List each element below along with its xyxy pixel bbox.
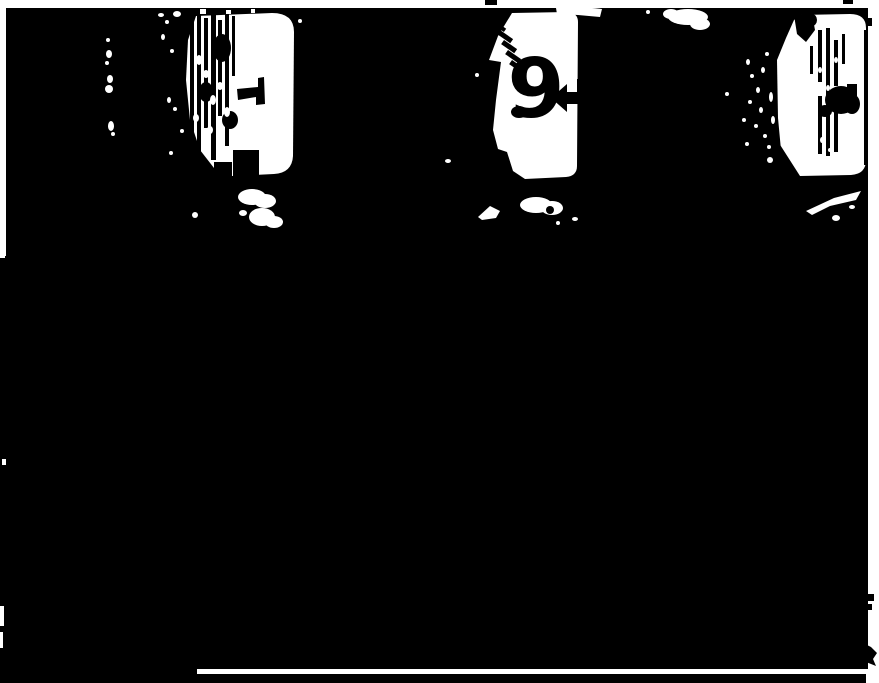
edge-speck [756, 87, 760, 93]
foliage-dot [165, 20, 169, 24]
edge-speck [754, 124, 758, 128]
speckle-dot [203, 70, 209, 78]
stray-speck [849, 205, 855, 209]
sign-right-blotch [807, 14, 817, 26]
stray-speck [298, 19, 302, 23]
sign-right-dark-blob [818, 105, 832, 117]
blob-hole [546, 206, 554, 214]
edge-speck [767, 157, 773, 163]
stray-speck [646, 10, 650, 14]
foliage-dot [226, 10, 231, 14]
right-margin-notch [868, 594, 874, 601]
edge-speck [742, 118, 746, 122]
dot-column-speck [108, 121, 114, 131]
photo-bottom-left-bleed [0, 660, 197, 683]
edge-speck [759, 107, 763, 113]
bottom-scan-bar [197, 674, 866, 683]
dot-column-speck [107, 75, 113, 83]
edge-speck [763, 134, 767, 138]
sign-left-bottom-notch [233, 150, 259, 176]
left-margin-dot [2, 459, 6, 465]
left-margin-tick [0, 252, 5, 258]
dot-column-speck [105, 85, 113, 93]
edge-speck [750, 74, 754, 78]
sign-left-blotch [213, 34, 231, 62]
stray-speck [173, 107, 177, 111]
top-gap-patch [663, 9, 679, 19]
binarized-photo: 9 [0, 0, 879, 683]
left-margin-sliver [0, 606, 4, 626]
stray-speck [445, 159, 451, 163]
dot-column-speck [106, 50, 112, 58]
stray-speck [169, 151, 173, 155]
below-sign-blob [239, 210, 247, 216]
edge-speck [748, 100, 752, 104]
top-margin-mark-2 [843, 0, 853, 4]
stray-speck [167, 97, 171, 103]
below-sign-blob [254, 194, 276, 208]
sign-right-streak [818, 96, 822, 154]
speckle-dot [224, 107, 230, 117]
speckle-dot [818, 67, 822, 73]
speckle-dot [826, 85, 830, 91]
edge-speck [761, 67, 765, 73]
digit-erosion-blotch [511, 106, 527, 118]
edge-speck [765, 52, 769, 56]
sign-right-dark-blob [844, 94, 860, 114]
speckle-dot [820, 137, 824, 143]
right-margin-notch-2 [868, 604, 872, 610]
stray-speck [180, 129, 184, 133]
edge-speck [725, 92, 729, 96]
foliage-dot [200, 9, 206, 14]
speckle-dot [210, 95, 216, 105]
sign-left-bottom-notch [214, 162, 232, 176]
foliage-dot [161, 34, 165, 40]
sign-left-streak [197, 14, 201, 154]
foliage-dot [173, 11, 181, 17]
edge-speck [767, 145, 771, 149]
below-sign-blob [192, 212, 198, 218]
stray-speck [475, 73, 479, 77]
foliage-dot [251, 9, 255, 13]
top-margin-mark [485, 0, 497, 5]
dot-column-speck [106, 38, 110, 42]
sign-right-streak [810, 46, 813, 74]
sign-left-streak [232, 16, 235, 76]
speckle-dot [828, 148, 832, 152]
speckle-dot [207, 126, 213, 134]
dot-column-speck [111, 132, 115, 136]
sign-left-streak [190, 16, 194, 144]
sign-number-digit: 9 [507, 42, 564, 137]
photo-black-field [6, 8, 868, 669]
top-gap-patch [690, 18, 710, 30]
right-margin-mark [866, 18, 872, 26]
edge-speck [745, 142, 749, 146]
sign-right-streak [818, 30, 822, 82]
edge-speck [769, 92, 773, 102]
foliage-dot [158, 13, 164, 17]
left-margin-sliver-2 [0, 632, 3, 648]
speckle-dot [834, 57, 838, 63]
speckle-dot [193, 114, 199, 122]
speckle-dot [217, 82, 223, 90]
dot-column-speck [105, 61, 109, 65]
below-sign-blob [265, 216, 283, 228]
sign-right-separator [864, 30, 868, 165]
stray-speck [572, 217, 578, 221]
stray-speck [556, 221, 560, 225]
foliage-dot [170, 49, 174, 53]
edge-speck [746, 59, 750, 65]
speckle-dot [196, 55, 202, 65]
edge-speck [771, 116, 775, 124]
photo-scene: 9 [0, 0, 879, 683]
stray-speck [832, 215, 840, 221]
sign-right-streak [842, 34, 845, 64]
